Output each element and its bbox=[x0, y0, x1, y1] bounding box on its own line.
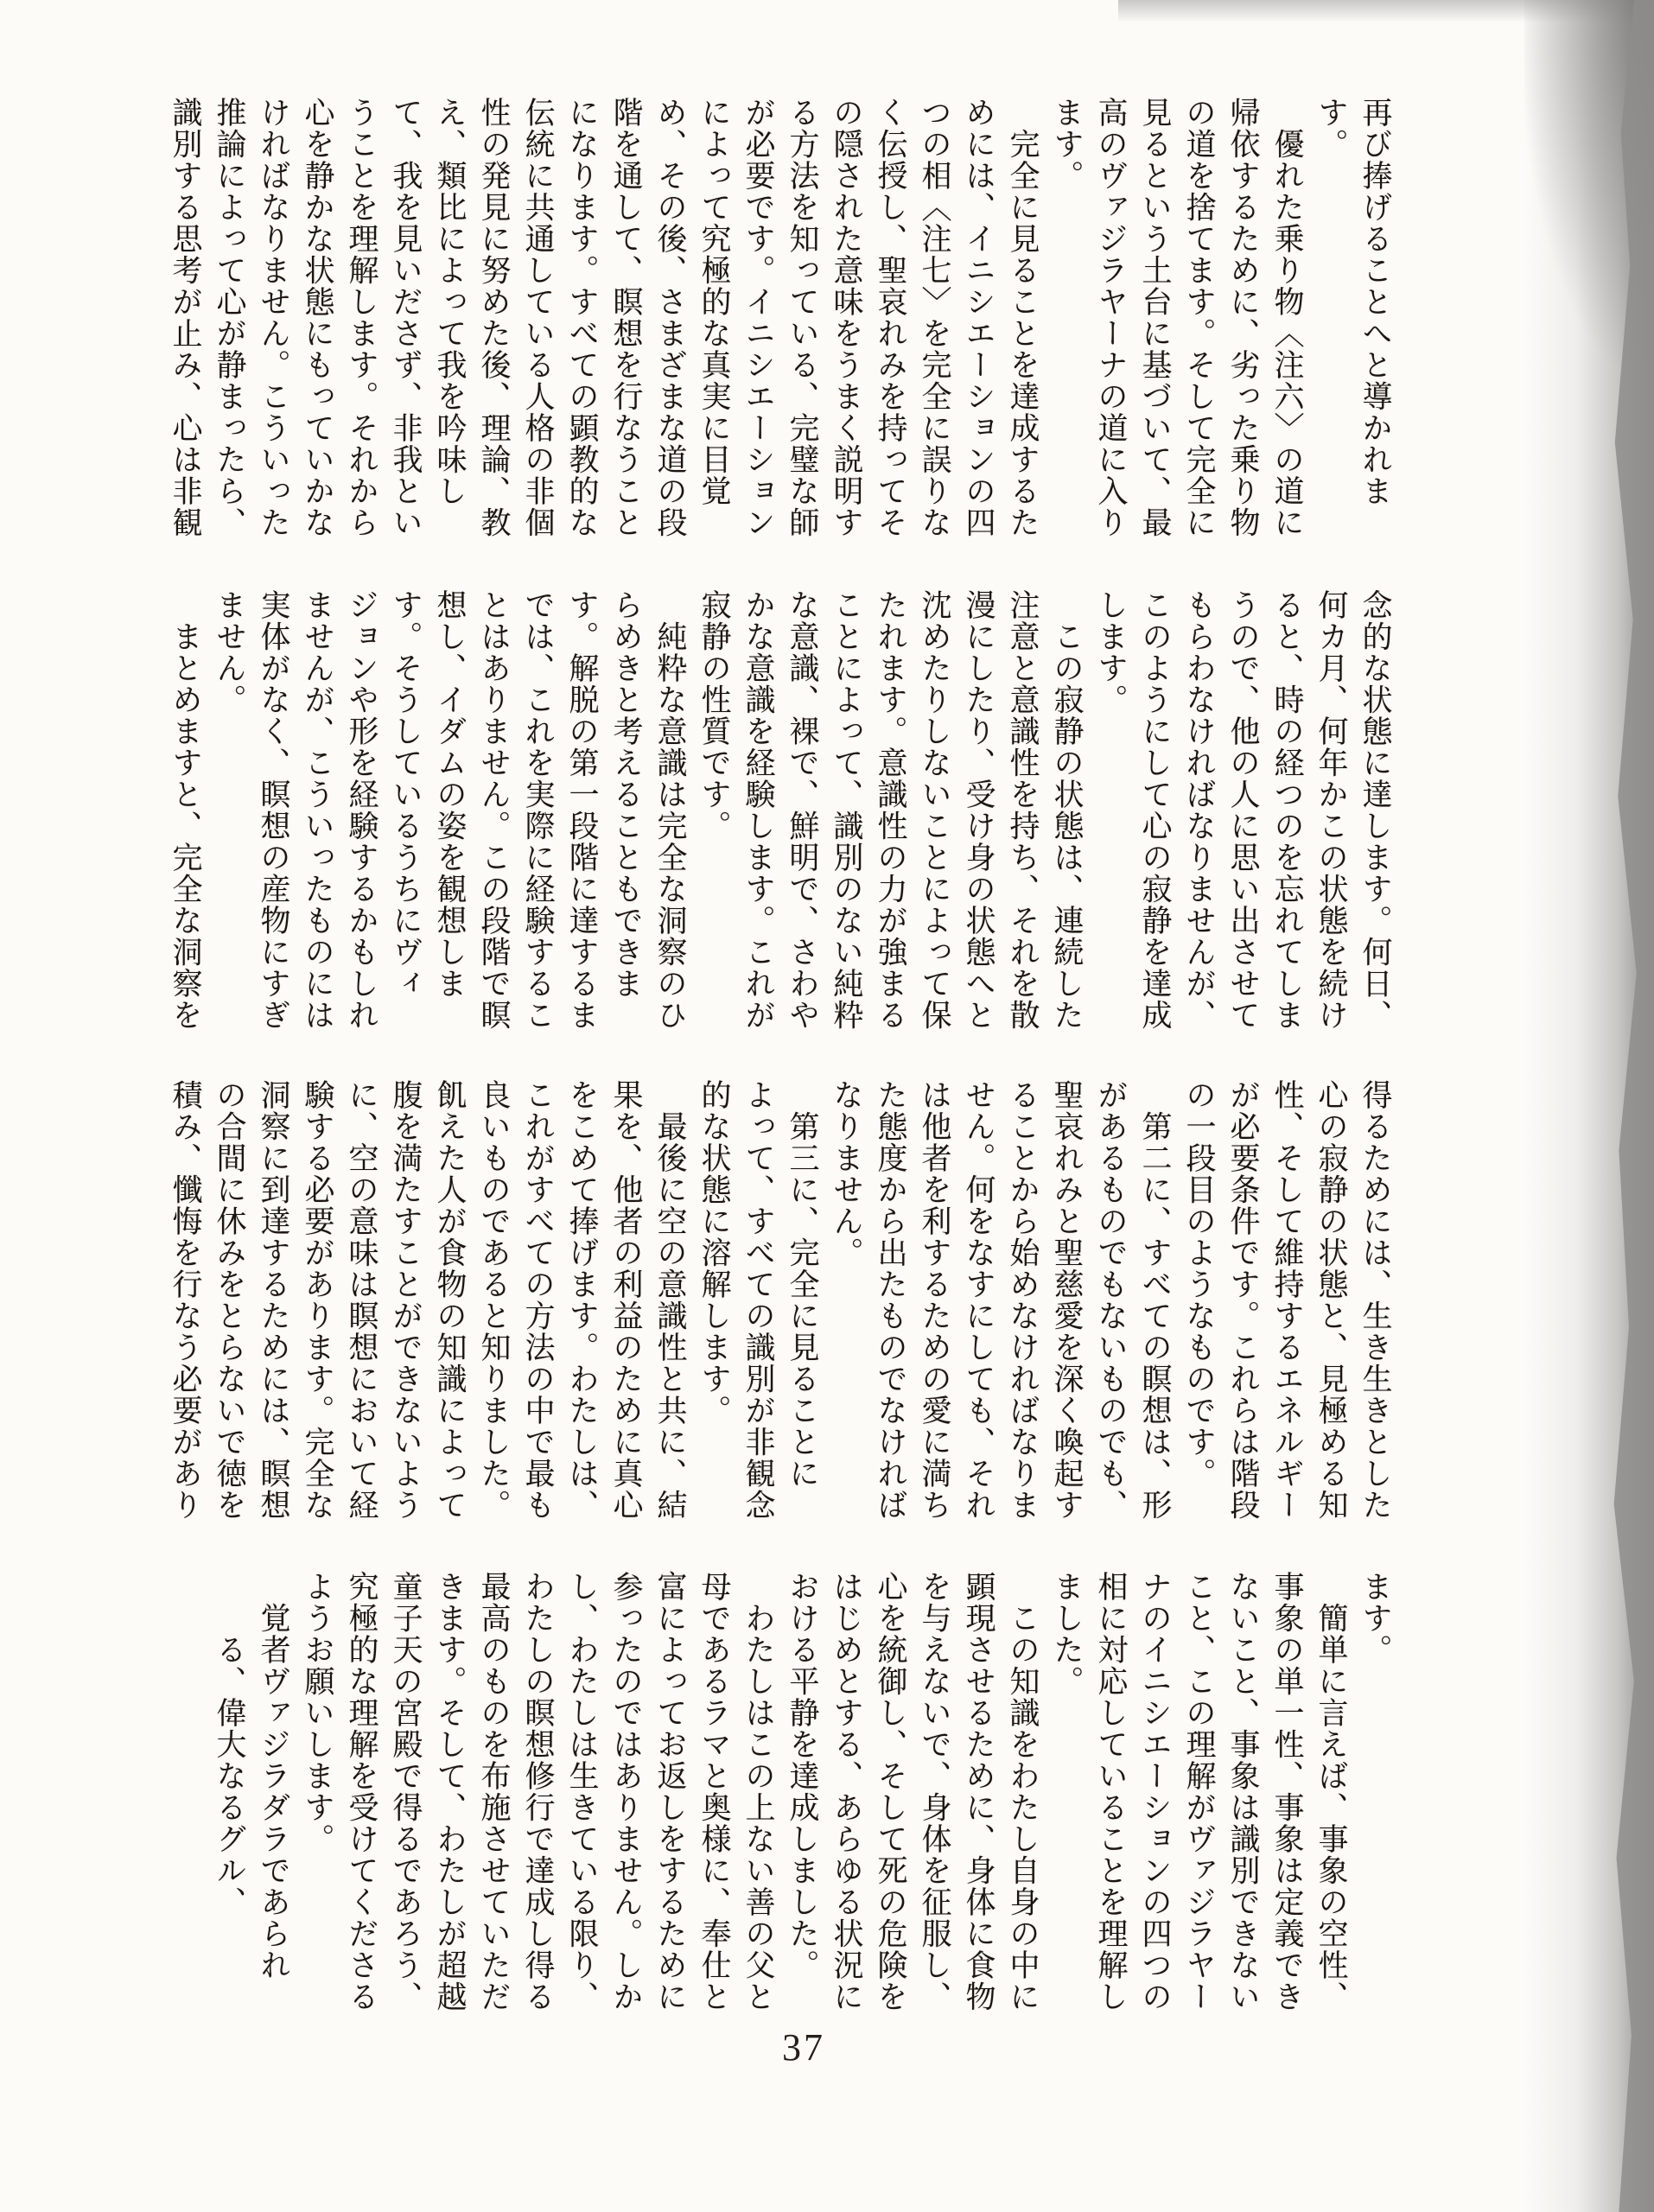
text-block-2: 念的な状態に達します。何日、 何カ月、何年かこの状態を続け ると、時の経つのを忘… bbox=[162, 589, 1396, 1042]
scanned-book-page: 再び捧げることへと導かれま す。 優れた乗り物〈注六〉の道に 帰依するために、劣… bbox=[0, 0, 1654, 2212]
text-block-3: 得るためには、生き生きとした 心の寂静の状態と、見極める知 性、そして維持するエ… bbox=[162, 1079, 1396, 1532]
scan-top-edge-shade bbox=[1118, 0, 1654, 22]
page-number: 37 bbox=[0, 2025, 1607, 2069]
text-block-1: 再び捧げることへと導かれま す。 優れた乗り物〈注六〉の道に 帰依するために、劣… bbox=[162, 97, 1396, 550]
torn-page-edge-right bbox=[1524, 0, 1654, 2212]
text-block-4: ます。 簡単に言えば、事象の空性、 事象の単一性、事象は定義でき ないこと、事象… bbox=[207, 1571, 1396, 2024]
